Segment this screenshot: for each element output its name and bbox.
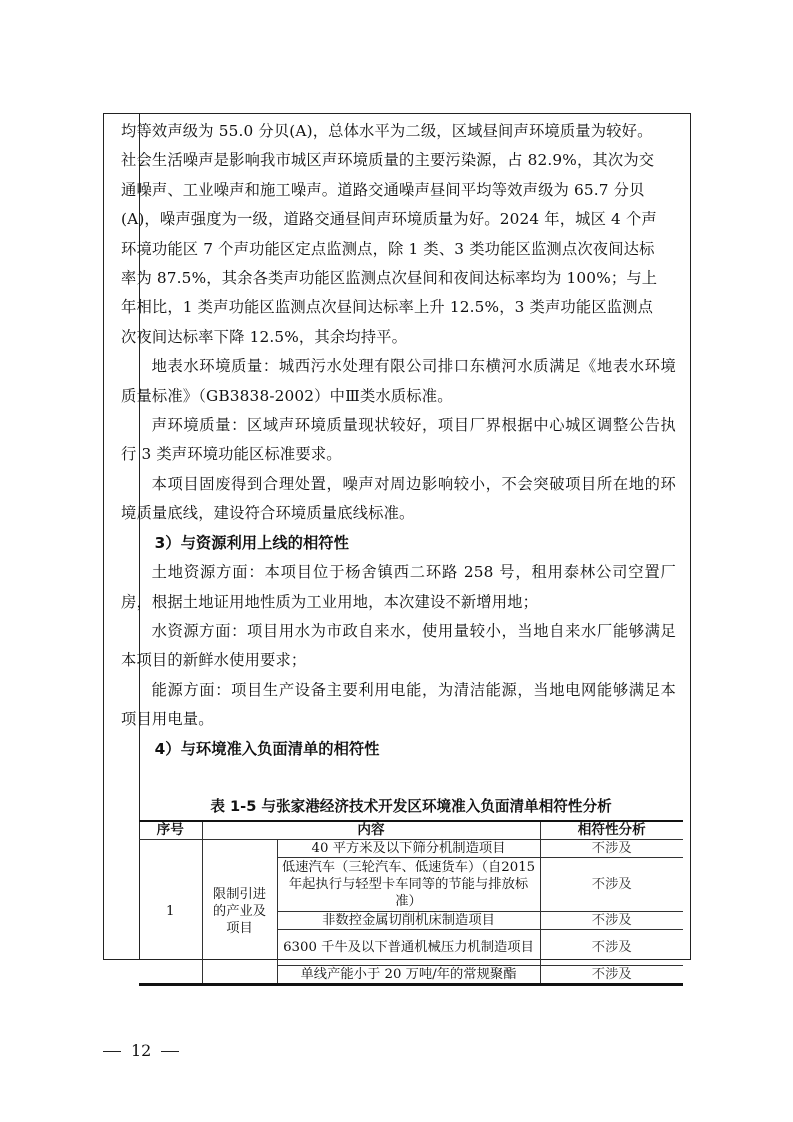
row-result: 不涉及 — [540, 840, 683, 858]
page-number: 12 — [103, 1041, 189, 1060]
row-result: 不涉及 — [540, 912, 683, 930]
noise-line: 通噪声、工业噪声和施工噪声。道路交通噪声昼间平均等效声级为 65.7 分贝 — [121, 176, 676, 205]
header-result: 相符性分析 — [540, 821, 683, 840]
row-content: 单线产能小于 20 万吨/年的常规聚酯 — [277, 966, 540, 985]
group-category: 限制引进的产业及项目 — [202, 840, 277, 985]
row-result: 不涉及 — [540, 966, 683, 985]
section-heading-resources: 3）与资源利用上线的相符性 — [121, 529, 676, 558]
row-result: 不涉及 — [540, 858, 683, 912]
dash-left — [103, 1051, 121, 1052]
row-content: 低速汽车（三轮汽车、低速货车）（自2015 年起执行与轻型卡车同等的节能与排放标… — [277, 858, 540, 912]
noise-line: (A)，噪声强度为一级，道路交通昼间声环境质量为好。2024 年，城区 4 个声 — [121, 205, 676, 234]
table-caption: 表 1-5 与张家港经济技术开发区环境准入负面清单相符性分析 — [139, 796, 683, 818]
dash-right — [161, 1051, 179, 1052]
row-content: 40 平方米及以下筛分机制造项目 — [277, 840, 540, 858]
noise-line: 环境功能区 7 个声功能区定点监测点，除 1 类、3 类功能区监测点次夜间达标 — [121, 235, 676, 264]
noise-line: 社会生活噪声是影响我市城区声环境质量的主要污染源，占 82.9%，其次为交 — [121, 146, 676, 175]
water-paragraph: 水资源方面：项目用水为市政自来水，使用量较小，当地自来水厂能够满足本项目的新鲜水… — [121, 617, 676, 676]
solid-waste-paragraph: 本项目固废得到合理处置，噪声对周边影响较小，不会突破项目所在地的环境质量底线，建… — [121, 470, 676, 529]
table-row: 1 限制引进的产业及项目 40 平方米及以下筛分机制造项目 不涉及 — [139, 840, 683, 858]
row-content: 6300 千牛及以下普通机械压力机制造项目 — [277, 930, 540, 966]
noise-line: 率为 87.5%，其余各类声功能区监测点次昼间和夜间达标率均为 100%；与上 — [121, 264, 676, 293]
energy-paragraph: 能源方面：项目生产设备主要利用电能，为清洁能源，当地电网能够满足本项目用电量。 — [121, 676, 676, 735]
surface-water-paragraph: 地表水环境质量：城西污水处理有限公司排口东横河水质满足《地表水环境质量标准》（G… — [121, 352, 676, 411]
row-content: 非数控金属切削机床制造项目 — [277, 912, 540, 930]
table-header-row: 序号 内容 相符性分析 — [139, 821, 683, 840]
section-heading-negative-list: 4）与环境准入负面清单的相符性 — [121, 735, 676, 764]
document-body: 均等效声级为 55.0 分贝(A)，总体水平为二级，区域昼间声环境质量为较好。 … — [121, 117, 676, 764]
group-index: 1 — [139, 840, 202, 985]
noise-line: 年相比，1 类声功能区监测点次昼间达标率上升 12.5%，3 类声功能区监测点 — [121, 293, 676, 322]
row-result: 不涉及 — [540, 930, 683, 966]
noise-line: 次夜间达标率下降 12.5%，其余均持平。 — [121, 323, 676, 352]
negative-list-table: 序号 内容 相符性分析 1 限制引进的产业及项目 40 平方米及以下筛分机制造项… — [139, 820, 683, 986]
acoustic-paragraph: 声环境质量：区域声环境质量现状较好，项目厂界根据中心城区调整公告执行 3 类声环… — [121, 411, 676, 470]
header-content: 内容 — [202, 821, 540, 840]
noise-line: 均等效声级为 55.0 分贝(A)，总体水平为二级，区域昼间声环境质量为较好。 — [121, 117, 676, 146]
page-number-value: 12 — [131, 1041, 151, 1060]
land-paragraph: 土地资源方面：本项目位于杨舍镇西二环路 258 号，租用泰林公司空置厂房，根据土… — [121, 558, 676, 617]
header-index: 序号 — [139, 821, 202, 840]
